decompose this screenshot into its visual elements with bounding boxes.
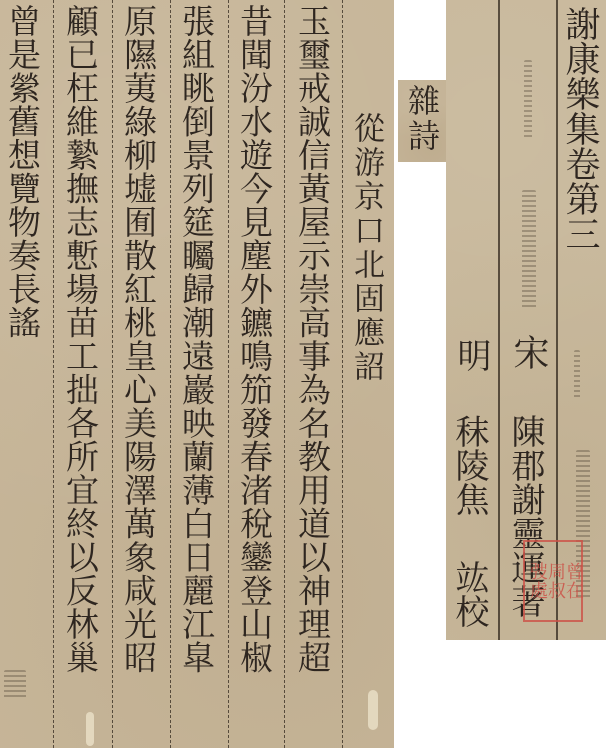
book-title: 謝康樂集卷第三 <box>562 6 597 251</box>
column-rule <box>284 0 285 748</box>
left-page-scan: 從游京口北固應詔 玉璽戒誠信黃屋示崇高事為名教用道以神理超 昔聞汾水遊今見塵外鑣… <box>0 0 394 748</box>
paper-wear-mark <box>86 712 94 746</box>
poem-column-3: 張組眺倒景列筵矚歸潮遠巖映蘭薄白日麗江皐 <box>180 4 213 674</box>
ink-smudge <box>4 670 26 700</box>
column-rule <box>342 0 343 748</box>
column-rule <box>53 0 54 748</box>
column-rule <box>170 0 171 748</box>
editor-origin: 秣陵焦 <box>452 414 486 516</box>
column-rule <box>498 0 500 640</box>
poem-column-6: 曾是縈舊想覽物奏長謠 <box>6 4 39 339</box>
seal-text: 弢處 <box>528 545 546 617</box>
editor-dynasty: 明 <box>454 338 488 372</box>
poem-column-2: 昔聞汾水遊今見塵外鑣鳴笳發春渚稅鑾登山椒 <box>238 4 271 674</box>
section-heading: 雜詩 <box>406 84 438 154</box>
column-rule <box>228 0 229 748</box>
poem-column-5: 顧已枉維縶撫志慙場苗工拙各所宜終以反林巢 <box>64 4 97 674</box>
ink-smudge <box>522 190 536 310</box>
right-page-scan: 謝康樂集卷第三 宋 陳郡謝靈運著 明 秣陵焦 竑校 曾在 周叔 弢處 <box>446 0 606 640</box>
seal-text: 周叔 <box>546 545 564 617</box>
poem-column-1: 玉璽戒誠信黃屋示崇高事為名教用道以神理超 <box>296 4 329 674</box>
section-heading-tile: 雜詩 <box>398 80 446 162</box>
seal-text: 曾在 <box>564 545 582 617</box>
column-rule <box>112 0 113 748</box>
poem-column-4: 原隰荑綠柳墟囿散紅桃皇心美陽澤萬象咸光昭 <box>122 4 155 674</box>
ink-smudge <box>524 60 532 140</box>
editor-credit: 竑校 <box>452 560 486 628</box>
paper-wear-mark <box>368 690 378 730</box>
author-dynasty: 宋 <box>510 334 546 370</box>
collector-seal: 曾在 周叔 弢處 <box>523 540 583 622</box>
ink-smudge <box>574 350 580 400</box>
poem-title: 從游京口北固應詔 <box>350 112 381 384</box>
